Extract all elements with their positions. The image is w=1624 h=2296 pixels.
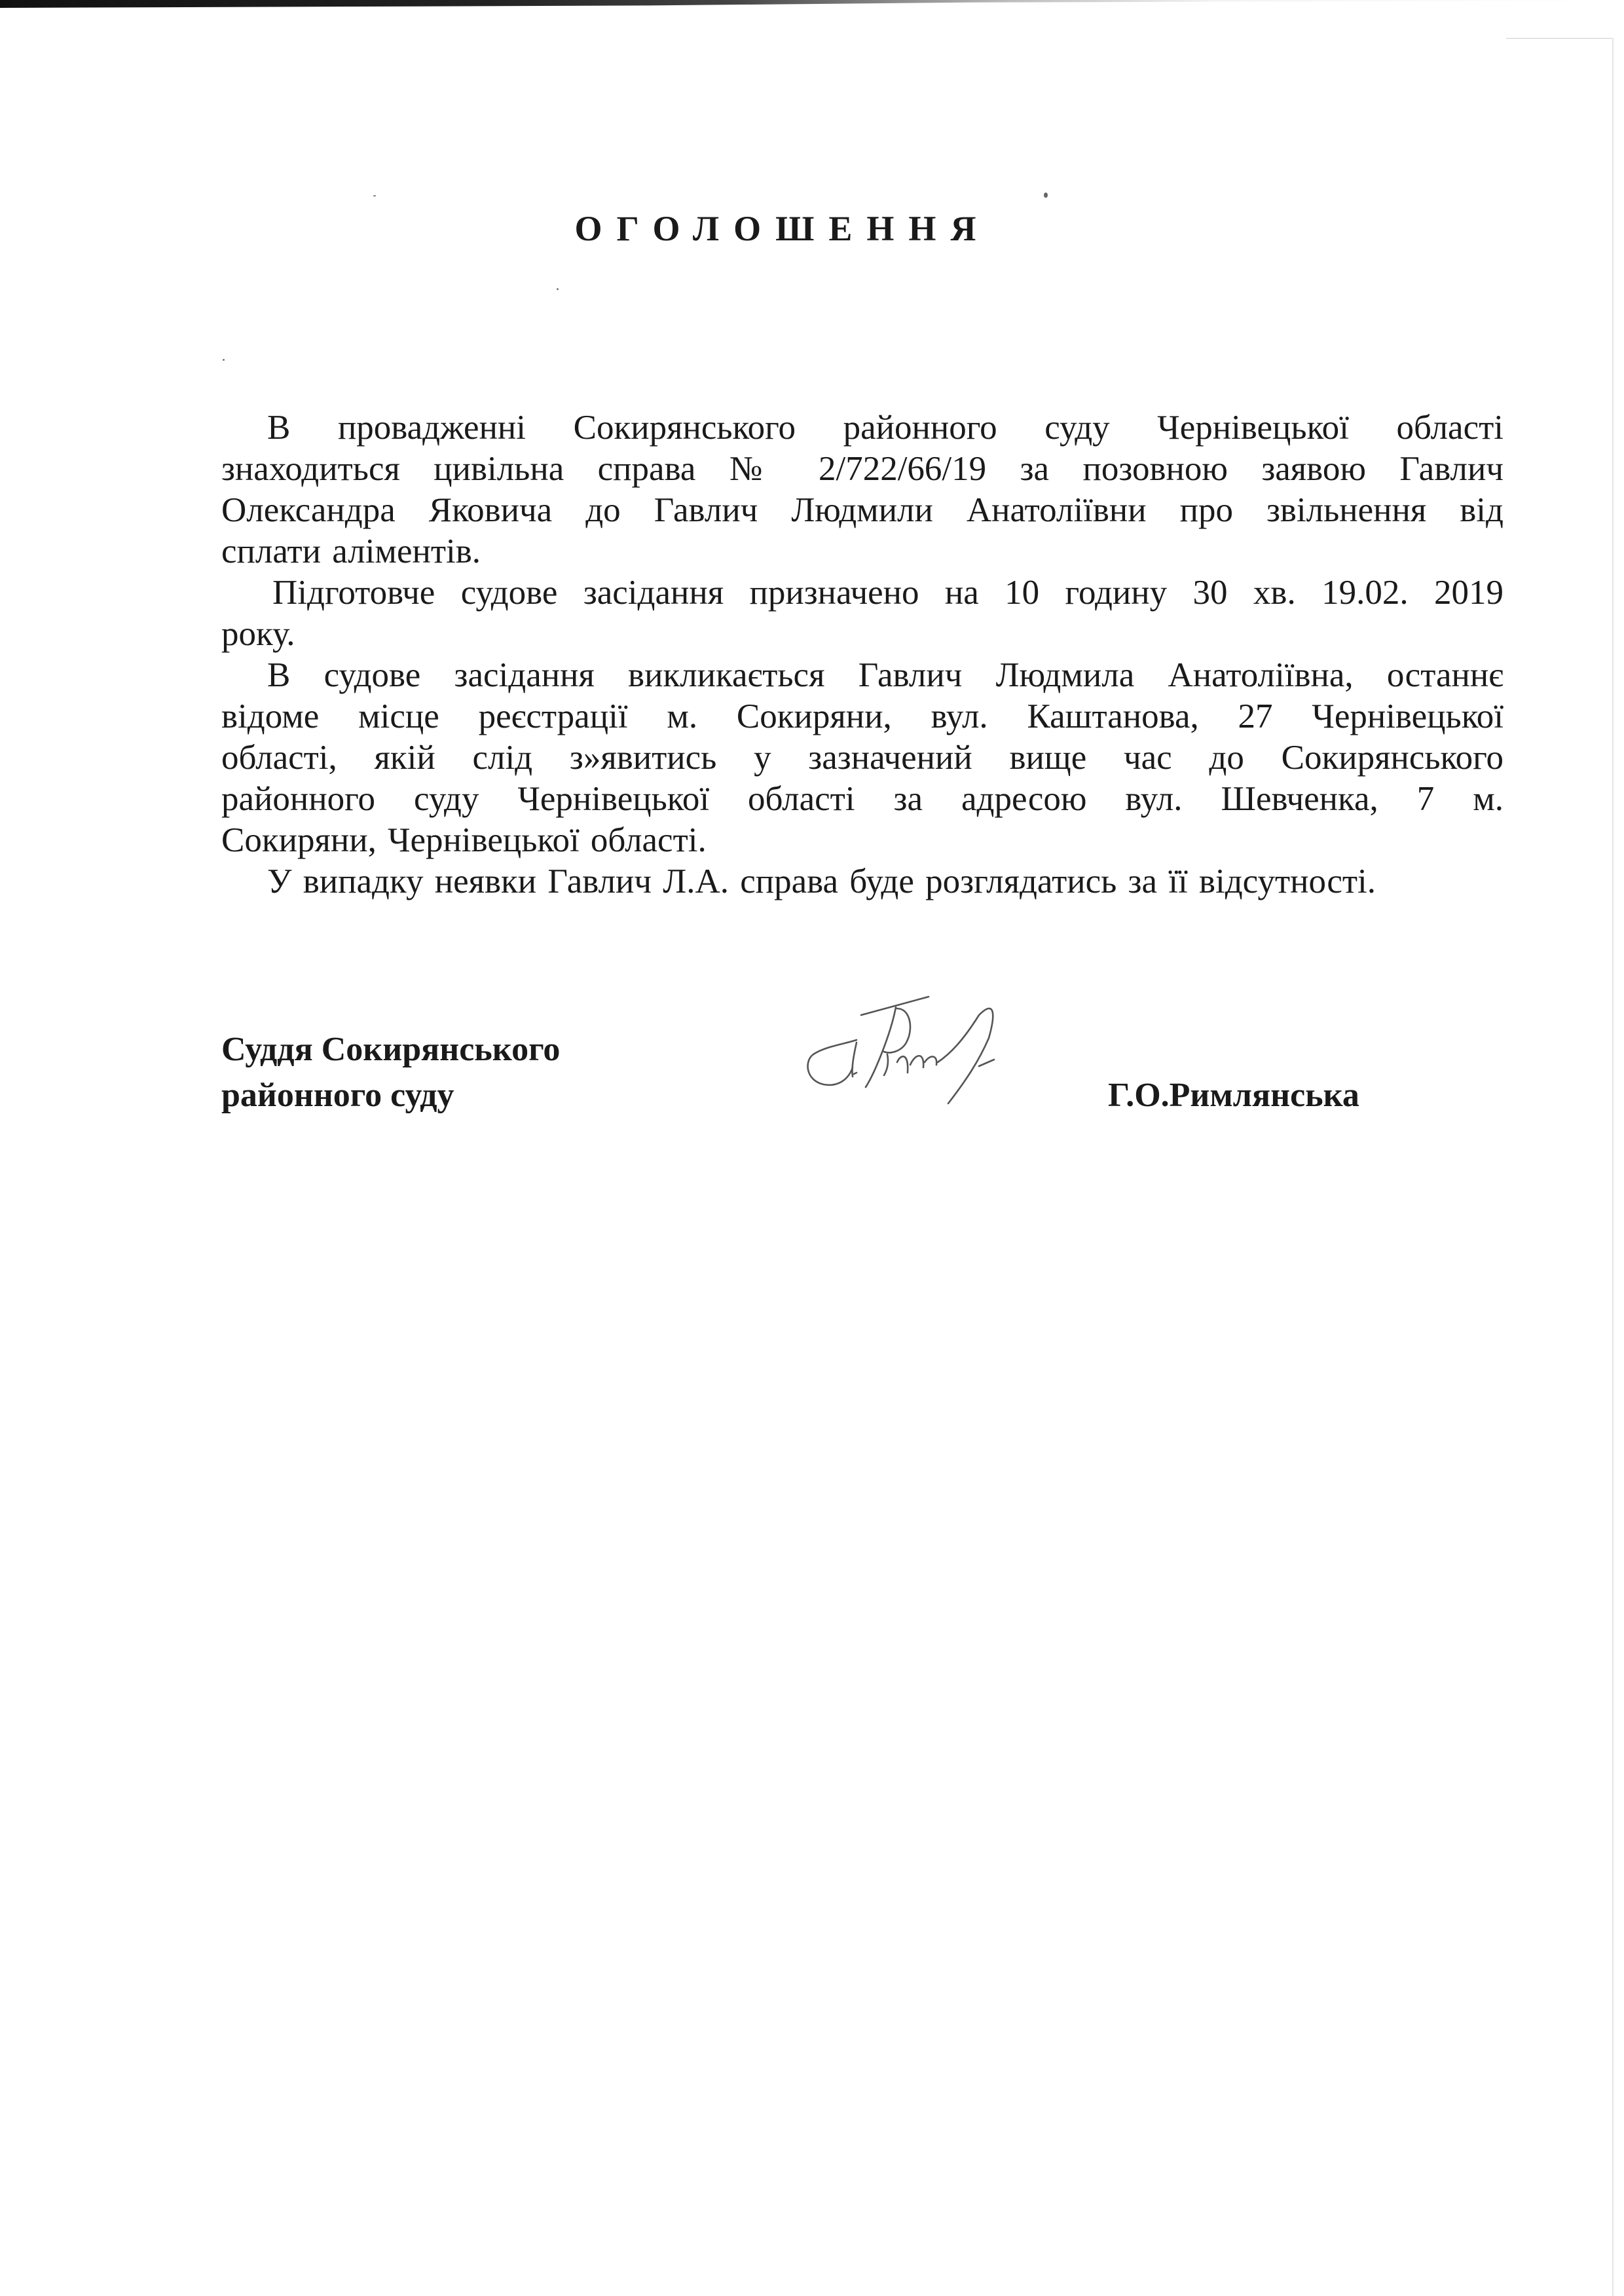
scan-page-edge-right [1612, 38, 1614, 2296]
text-line: знаходиться цивільна справа № 2/722/66/1… [221, 449, 1504, 490]
scan-speck [557, 288, 559, 290]
handwritten-signature-icon [786, 989, 1015, 1139]
document-body: В провадженні Сокирянського районного су… [221, 407, 1504, 902]
text-line: відоме місце реєстрації м. Сокиряни, вул… [221, 696, 1504, 737]
paragraph-absence-notice: У випадку неявки Гавлич Л.А. справа буде… [221, 861, 1504, 902]
signatory-name: Г.О.Римлянська [1108, 1073, 1359, 1119]
paragraph-case-info: В провадженні Сокирянського районного су… [221, 407, 1504, 572]
text-line: сплати аліментів. [221, 531, 1504, 572]
text-line: року. [221, 614, 1504, 655]
signatory-position: Суддя Сокирянського районного суду [221, 1027, 560, 1119]
scan-page-edge-top [1506, 38, 1614, 39]
signatory-position-line: районного суду [221, 1073, 560, 1119]
text-line: В судове засідання викликається Гавлич Л… [221, 655, 1504, 696]
scan-speck [373, 195, 376, 196]
text-line: У випадку неявки Гавлич Л.А. справа буде… [221, 861, 1504, 902]
text-line: Сокиряни, Чернівецької області. [221, 820, 1504, 861]
scan-speck [1044, 193, 1048, 198]
text-line: Підготовче судове засідання призначено н… [221, 572, 1504, 614]
scan-top-edge [0, 0, 1624, 8]
scan-speck [223, 359, 225, 361]
paragraph-hearing-schedule: Підготовче судове засідання призначено н… [221, 572, 1504, 655]
text-line: області, якій слід з»явитись у зазначени… [221, 737, 1504, 779]
signatory-position-line: Суддя Сокирянського [221, 1027, 560, 1073]
title-text: ОГОЛОШЕННЯ [575, 208, 991, 249]
document-title: ОГОЛОШЕННЯ [0, 208, 1624, 249]
paragraph-summons: В судове засідання викликається Гавлич Л… [221, 655, 1504, 861]
text-line: В провадженні Сокирянського районного су… [221, 407, 1504, 449]
text-line: Олександра Яковича до Гавлич Людмили Ана… [221, 490, 1504, 531]
text-line: районного суду Чернівецької області за а… [221, 779, 1504, 820]
